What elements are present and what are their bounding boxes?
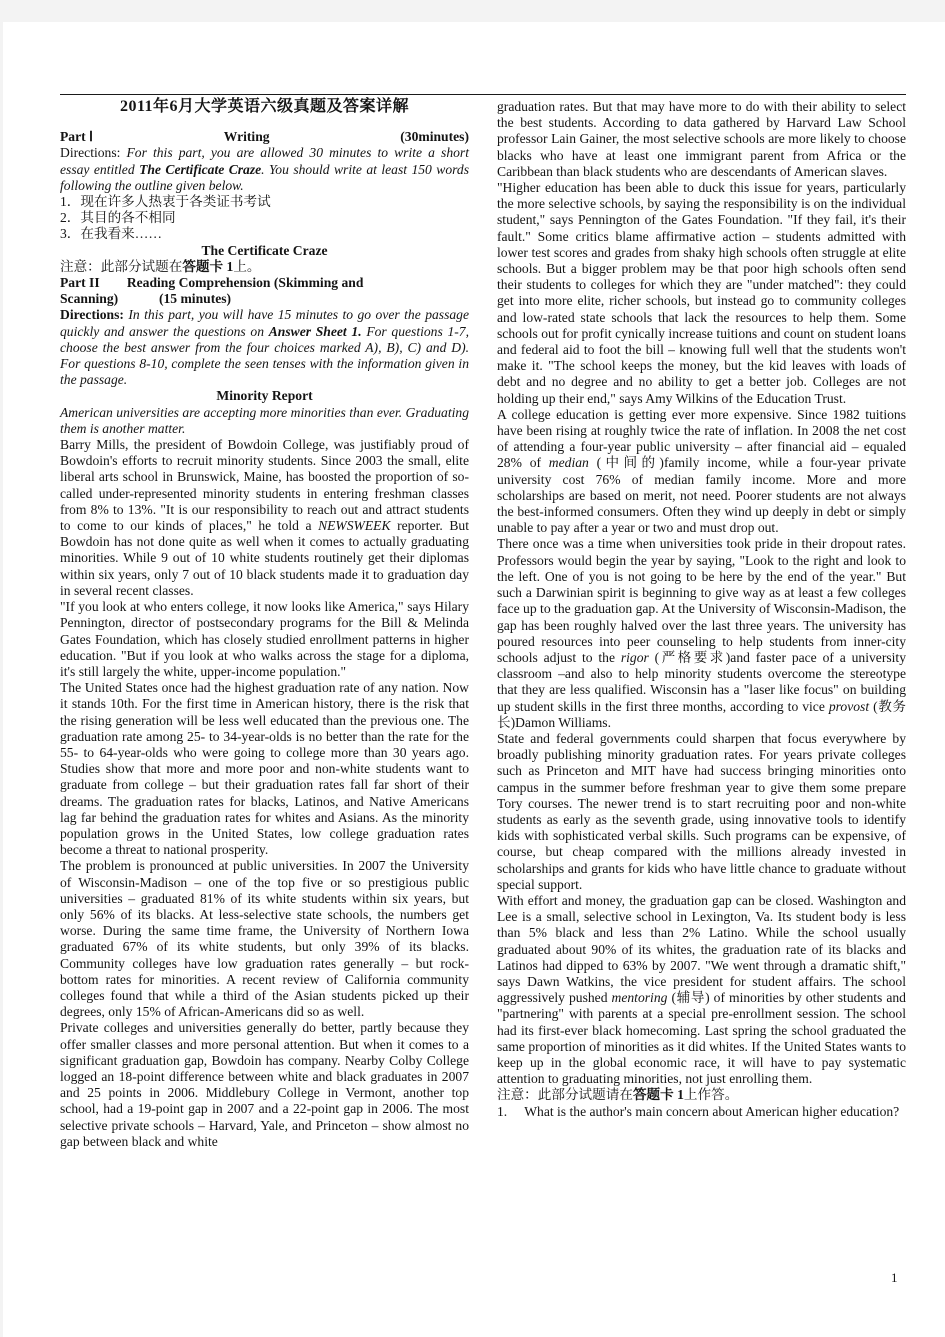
text-run: median bbox=[549, 455, 589, 470]
text-run: provost bbox=[829, 699, 869, 714]
passage-para-7: "Higher education has been able to duck … bbox=[497, 180, 906, 407]
question-1: 1. What is the author's main concern abo… bbox=[497, 1104, 906, 1120]
passage-para-2: "If you look at who enters college, it n… bbox=[60, 599, 469, 680]
text-run: With effort and money, the graduation ga… bbox=[497, 893, 906, 1005]
text-run: Scanning) (15 minutes) bbox=[60, 291, 231, 306]
passage-para-6: graduation rates. But that may have more… bbox=[497, 99, 906, 180]
passage-para-9: There once was a time when universities … bbox=[497, 536, 906, 730]
text-run: Directions: bbox=[60, 145, 127, 160]
page-content: 2011年6月大学英语六级真题及答案详解Part ⅠWriting(30minu… bbox=[60, 94, 906, 1150]
text-run: State and federal governments could shar… bbox=[497, 731, 906, 892]
right-column: graduation rates. But that may have more… bbox=[497, 99, 906, 1150]
text-run: 3．在我看来…… bbox=[60, 226, 162, 241]
text-run: rigor bbox=[621, 650, 649, 665]
text-run: 2011年6月大学英语六级真题及答案详解 bbox=[120, 98, 409, 115]
text-run: The Certificate Craze bbox=[139, 162, 261, 177]
text-run: Part II Reading Comprehension (Skimming … bbox=[60, 275, 363, 290]
passage-para-5: Private colleges and universities genera… bbox=[60, 1020, 469, 1150]
outline-item-3: 3．在我看来…… bbox=[60, 226, 469, 242]
doc-title: 2011年6月大学英语六级真题及答案详解 bbox=[60, 99, 469, 115]
text-run: Answer Sheet 1. bbox=[269, 324, 362, 339]
passage-para-4: The problem is pronounced at public univ… bbox=[60, 858, 469, 1020]
text-run: 2．其目的各不相同 bbox=[60, 210, 176, 225]
essay-title: The Certificate Craze bbox=[60, 243, 469, 259]
passage-para-10: State and federal governments could shar… bbox=[497, 731, 906, 893]
header-cell: (30minutes) bbox=[400, 129, 469, 145]
outline-item-1: 1．现在许多人热衷于各类证书考试 bbox=[60, 194, 469, 210]
text-run: 注意：此部分试题请在 bbox=[497, 1087, 633, 1102]
document-page: 2011年6月大学英语六级真题及答案详解Part ⅠWriting(30minu… bbox=[3, 22, 945, 1337]
answer-sheet-note-1: 注意：此部分试题在答题卡 1上。 bbox=[60, 259, 469, 275]
text-run: 1．现在许多人热衷于各类证书考试 bbox=[60, 194, 271, 209]
text-run: American universities are accepting more… bbox=[60, 405, 469, 436]
text-run: mentoring bbox=[612, 990, 668, 1005]
text-run: There once was a time when universities … bbox=[497, 536, 906, 664]
text-run: 注意：此部分试题在 bbox=[60, 259, 182, 274]
answer-sheet-note-2: 注意：此部分试题请在答题卡 1上作答。 bbox=[497, 1087, 906, 1103]
page-number: 1 bbox=[891, 1270, 898, 1286]
text-run: "Higher education has been able to duck … bbox=[497, 180, 906, 406]
passage-intro: American universities are accepting more… bbox=[60, 405, 469, 437]
header-cell: Part Ⅰ bbox=[60, 129, 93, 145]
left-column: 2011年6月大学英语六级真题及答案详解Part ⅠWriting(30minu… bbox=[60, 99, 469, 1150]
part1-directions: Directions: For this part, you are allow… bbox=[60, 145, 469, 194]
text-run: 上。 bbox=[233, 259, 260, 274]
header-rule bbox=[60, 94, 906, 95]
text-run: graduation rates. But that may have more… bbox=[497, 99, 906, 179]
two-column-layout: 2011年6月大学英语六级真题及答案详解Part ⅠWriting(30minu… bbox=[60, 99, 906, 1150]
text-run: 1. What is the author's main concern abo… bbox=[497, 1104, 899, 1119]
passage-para-11: With effort and money, the graduation ga… bbox=[497, 893, 906, 1087]
part2-directions: Directions: In this part, you will have … bbox=[60, 307, 469, 388]
text-run: Private colleges and universities genera… bbox=[60, 1020, 469, 1148]
part2-header-line2: Scanning) (15 minutes) bbox=[60, 291, 469, 307]
part1-header: Part ⅠWriting(30minutes) bbox=[60, 129, 469, 145]
passage-para-8: A college education is getting ever more… bbox=[497, 407, 906, 537]
text-run: 答题卡 1 bbox=[633, 1087, 684, 1102]
text-run: "If you look at who enters college, it n… bbox=[60, 599, 469, 679]
header-cell: Writing bbox=[224, 129, 270, 145]
passage-title: Minority Report bbox=[60, 388, 469, 404]
text-run: Minority Report bbox=[216, 388, 312, 403]
text-run: NEWSWEEK bbox=[318, 518, 391, 533]
text-run: 答题卡 1 bbox=[182, 259, 233, 274]
part2-header-line1: Part II Reading Comprehension (Skimming … bbox=[60, 275, 469, 291]
outline-item-2: 2．其目的各不相同 bbox=[60, 210, 469, 226]
text-run: The United States once had the highest g… bbox=[60, 680, 469, 857]
passage-para-3: The United States once had the highest g… bbox=[60, 680, 469, 858]
text-run: Directions: bbox=[60, 307, 128, 322]
text-run: 上作答。 bbox=[684, 1087, 738, 1102]
text-run: The Certificate Craze bbox=[201, 243, 327, 258]
text-run: The problem is pronounced at public univ… bbox=[60, 858, 469, 1019]
passage-para-1: Barry Mills, the president of Bowdoin Co… bbox=[60, 437, 469, 599]
